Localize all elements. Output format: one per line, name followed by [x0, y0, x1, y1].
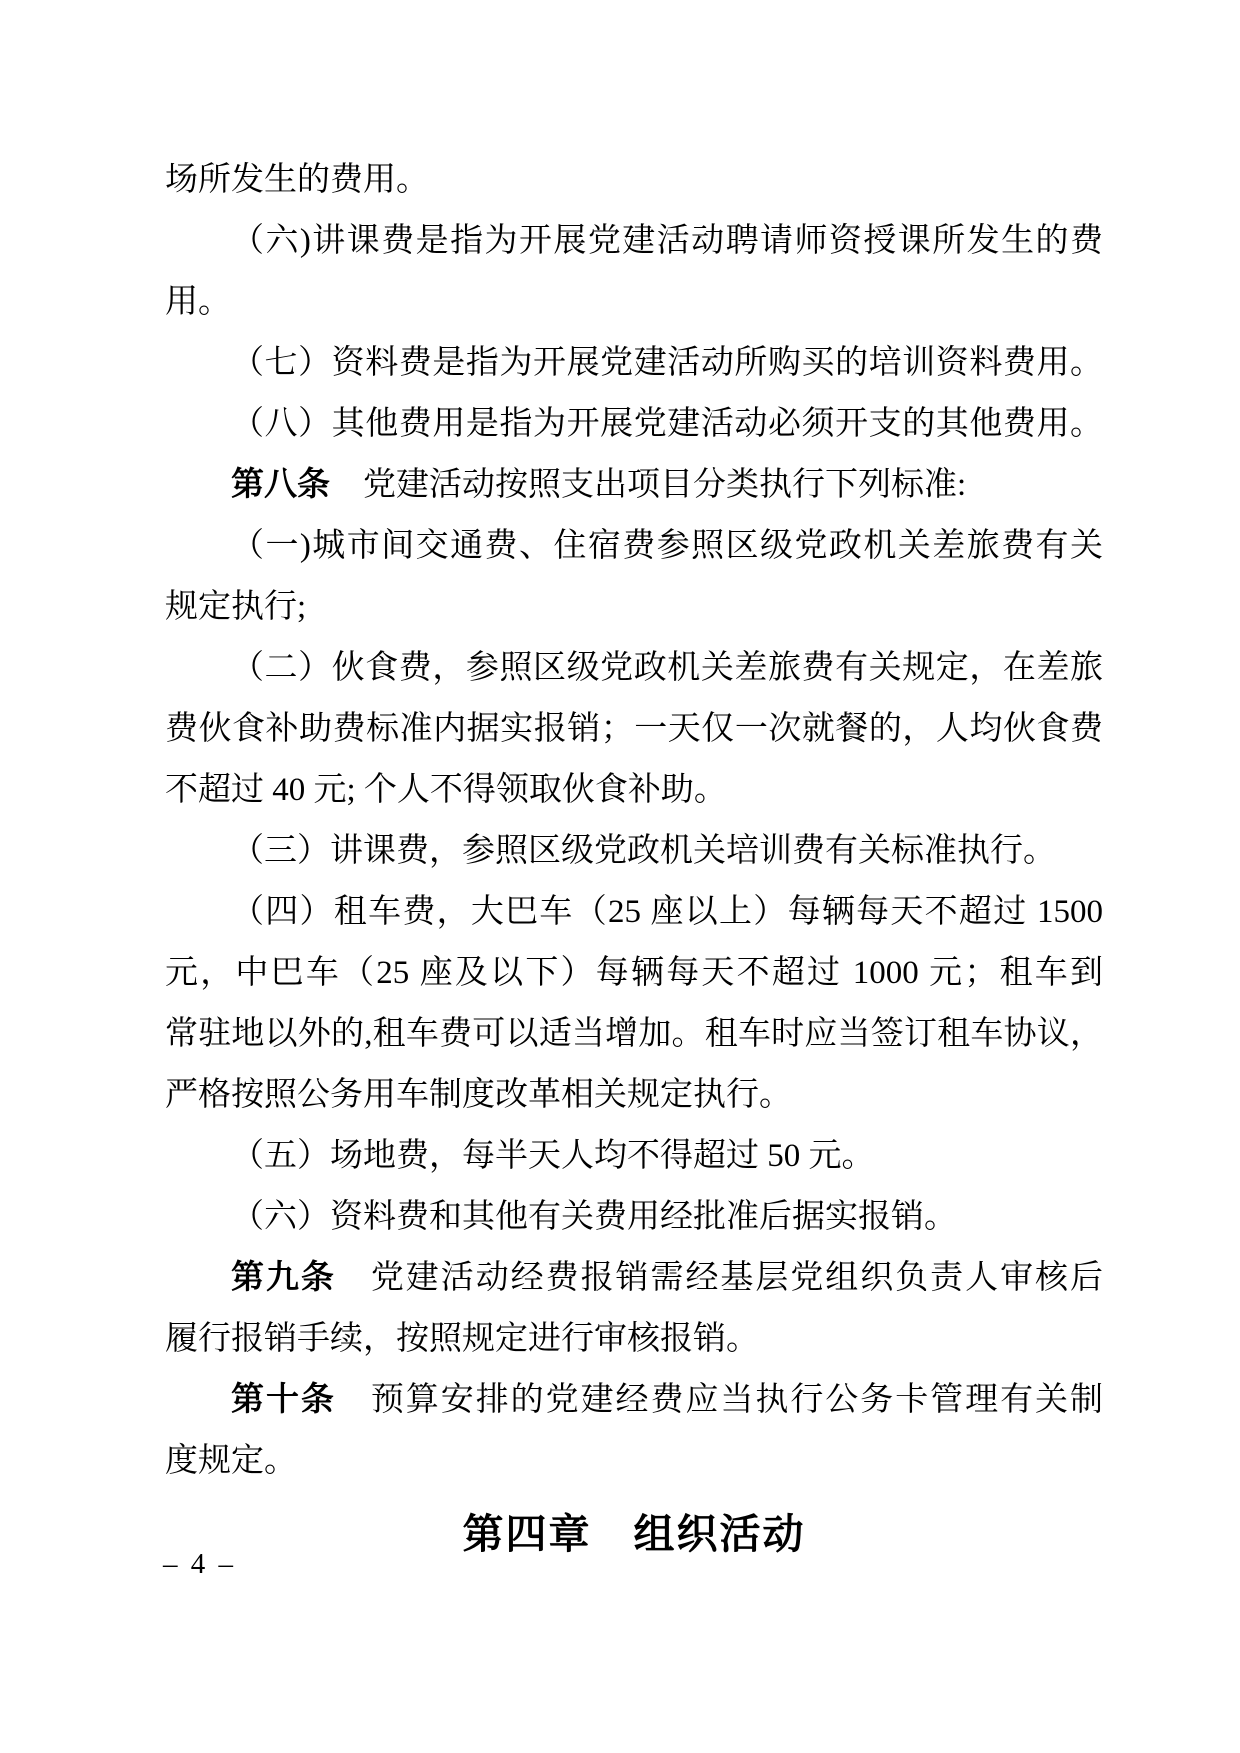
article-number: 第八条 [231, 467, 330, 503]
text-line: （二）伙食费，参照区级党政机关差旅费有关规定，在差旅 [165, 638, 1103, 699]
text-line: 第九条 党建活动经费报销需经基层党组织负责人审核后 [165, 1248, 1103, 1309]
text-run: （六）资料费和其他有关费用经批准后据实报销。 [231, 1199, 957, 1235]
text-line: 场所发生的费用。 [165, 150, 1103, 211]
text-line: 严格按照公务用车制度改革相关规定执行。 [165, 1065, 1103, 1126]
text-run: 用。 [165, 284, 231, 320]
text-line: 用。 [165, 272, 1103, 333]
text-line: （一)城市间交通费、住宿费参照区级党政机关差旅费有关 [165, 516, 1103, 577]
text-line: 度规定。 [165, 1431, 1103, 1492]
text-run: （七）资料费是指为开展党建活动所购买的培训资料费用。 [231, 345, 1103, 381]
chapter-heading: 第四章组织活动 [165, 1504, 1103, 1564]
text-run: （四）租车费，大巴车（25 座以上）每辆每天不超过 1500 [231, 894, 1103, 930]
document-body: 场所发生的费用。（六)讲课费是指为开展党建活动聘请师资授课所发生的费用。（七）资… [165, 150, 1103, 1564]
text-line: 常驻地以外的,租车费可以适当增加。租车时应当签订租车协议， [165, 1004, 1103, 1065]
text-line: 规定执行; [165, 577, 1103, 638]
text-line: 第十条 预算安排的党建经费应当执行公务卡管理有关制 [165, 1370, 1103, 1431]
text-run: （六)讲课费是指为开展党建活动聘请师资授课所发生的费 [231, 223, 1103, 259]
text-run: （八）其他费用是指为开展党建活动必须开支的其他费用。 [231, 406, 1103, 442]
lines-container: 场所发生的费用。（六)讲课费是指为开展党建活动聘请师资授课所发生的费用。（七）资… [165, 150, 1103, 1492]
text-line: 元，中巴车（25 座及以下）每辆每天不超过 1000 元；租车到 [165, 943, 1103, 1004]
text-line: 履行报销手续，按照规定进行审核报销。 [165, 1309, 1103, 1370]
text-line: （五）场地费，每半天人均不得超过 50 元。 [165, 1126, 1103, 1187]
text-line: （六）资料费和其他有关费用经批准后据实报销。 [165, 1187, 1103, 1248]
text-run: 场所发生的费用。 [165, 162, 429, 198]
text-run: 不超过 40 元; 个人不得领取伙食补助。 [165, 772, 727, 808]
article-number: 第十条 [231, 1382, 336, 1418]
text-line: 不超过 40 元; 个人不得领取伙食补助。 [165, 760, 1103, 821]
text-run: 规定执行; [165, 589, 306, 625]
document-page: 场所发生的费用。（六)讲课费是指为开展党建活动聘请师资授课所发生的费用。（七）资… [0, 0, 1240, 1753]
text-line: 第八条 党建活动按照支出项目分类执行下列标准: [165, 455, 1103, 516]
text-run: 严格按照公务用车制度改革相关规定执行。 [165, 1077, 792, 1113]
text-run: 党建活动经费报销需经基层党组织负责人审核后 [336, 1260, 1103, 1296]
page-number: – 4 – [163, 1548, 236, 1581]
text-run: （三）讲课费，参照区级党政机关培训费有关标准执行。 [231, 833, 1056, 869]
text-line: 费伙食补助费标准内据实报销；一天仅一次就餐的，人均伙食费 [165, 699, 1103, 760]
text-line: （三）讲课费，参照区级党政机关培训费有关标准执行。 [165, 821, 1103, 882]
text-line: （四）租车费，大巴车（25 座以上）每辆每天不超过 1500 [165, 882, 1103, 943]
text-run: 常驻地以外的,租车费可以适当增加。租车时应当签订租车协议， [165, 1016, 1103, 1052]
text-run: 元，中巴车（25 座及以下）每辆每天不超过 1000 元；租车到 [165, 955, 1103, 991]
text-line: （六)讲课费是指为开展党建活动聘请师资授课所发生的费 [165, 211, 1103, 272]
article-number: 第九条 [231, 1260, 336, 1296]
text-run: 度规定。 [165, 1443, 297, 1479]
text-run: （二）伙食费，参照区级党政机关差旅费有关规定，在差旅 [231, 650, 1103, 686]
text-run: 履行报销手续，按照规定进行审核报销。 [165, 1321, 759, 1357]
text-line: （七）资料费是指为开展党建活动所购买的培训资料费用。 [165, 333, 1103, 394]
text-run: （五）场地费，每半天人均不得超过 50 元。 [231, 1138, 875, 1174]
chapter-title: 组织活动 [634, 1511, 806, 1557]
text-line: （八）其他费用是指为开展党建活动必须开支的其他费用。 [165, 394, 1103, 455]
text-run: （一)城市间交通费、住宿费参照区级党政机关差旅费有关 [231, 528, 1103, 564]
text-run: 预算安排的党建经费应当执行公务卡管理有关制 [336, 1382, 1103, 1418]
chapter-number: 第四章 [463, 1511, 592, 1557]
text-run: 党建活动按照支出项目分类执行下列标准: [330, 467, 966, 503]
text-run: 费伙食补助费标准内据实报销；一天仅一次就餐的，人均伙食费 [165, 711, 1103, 747]
